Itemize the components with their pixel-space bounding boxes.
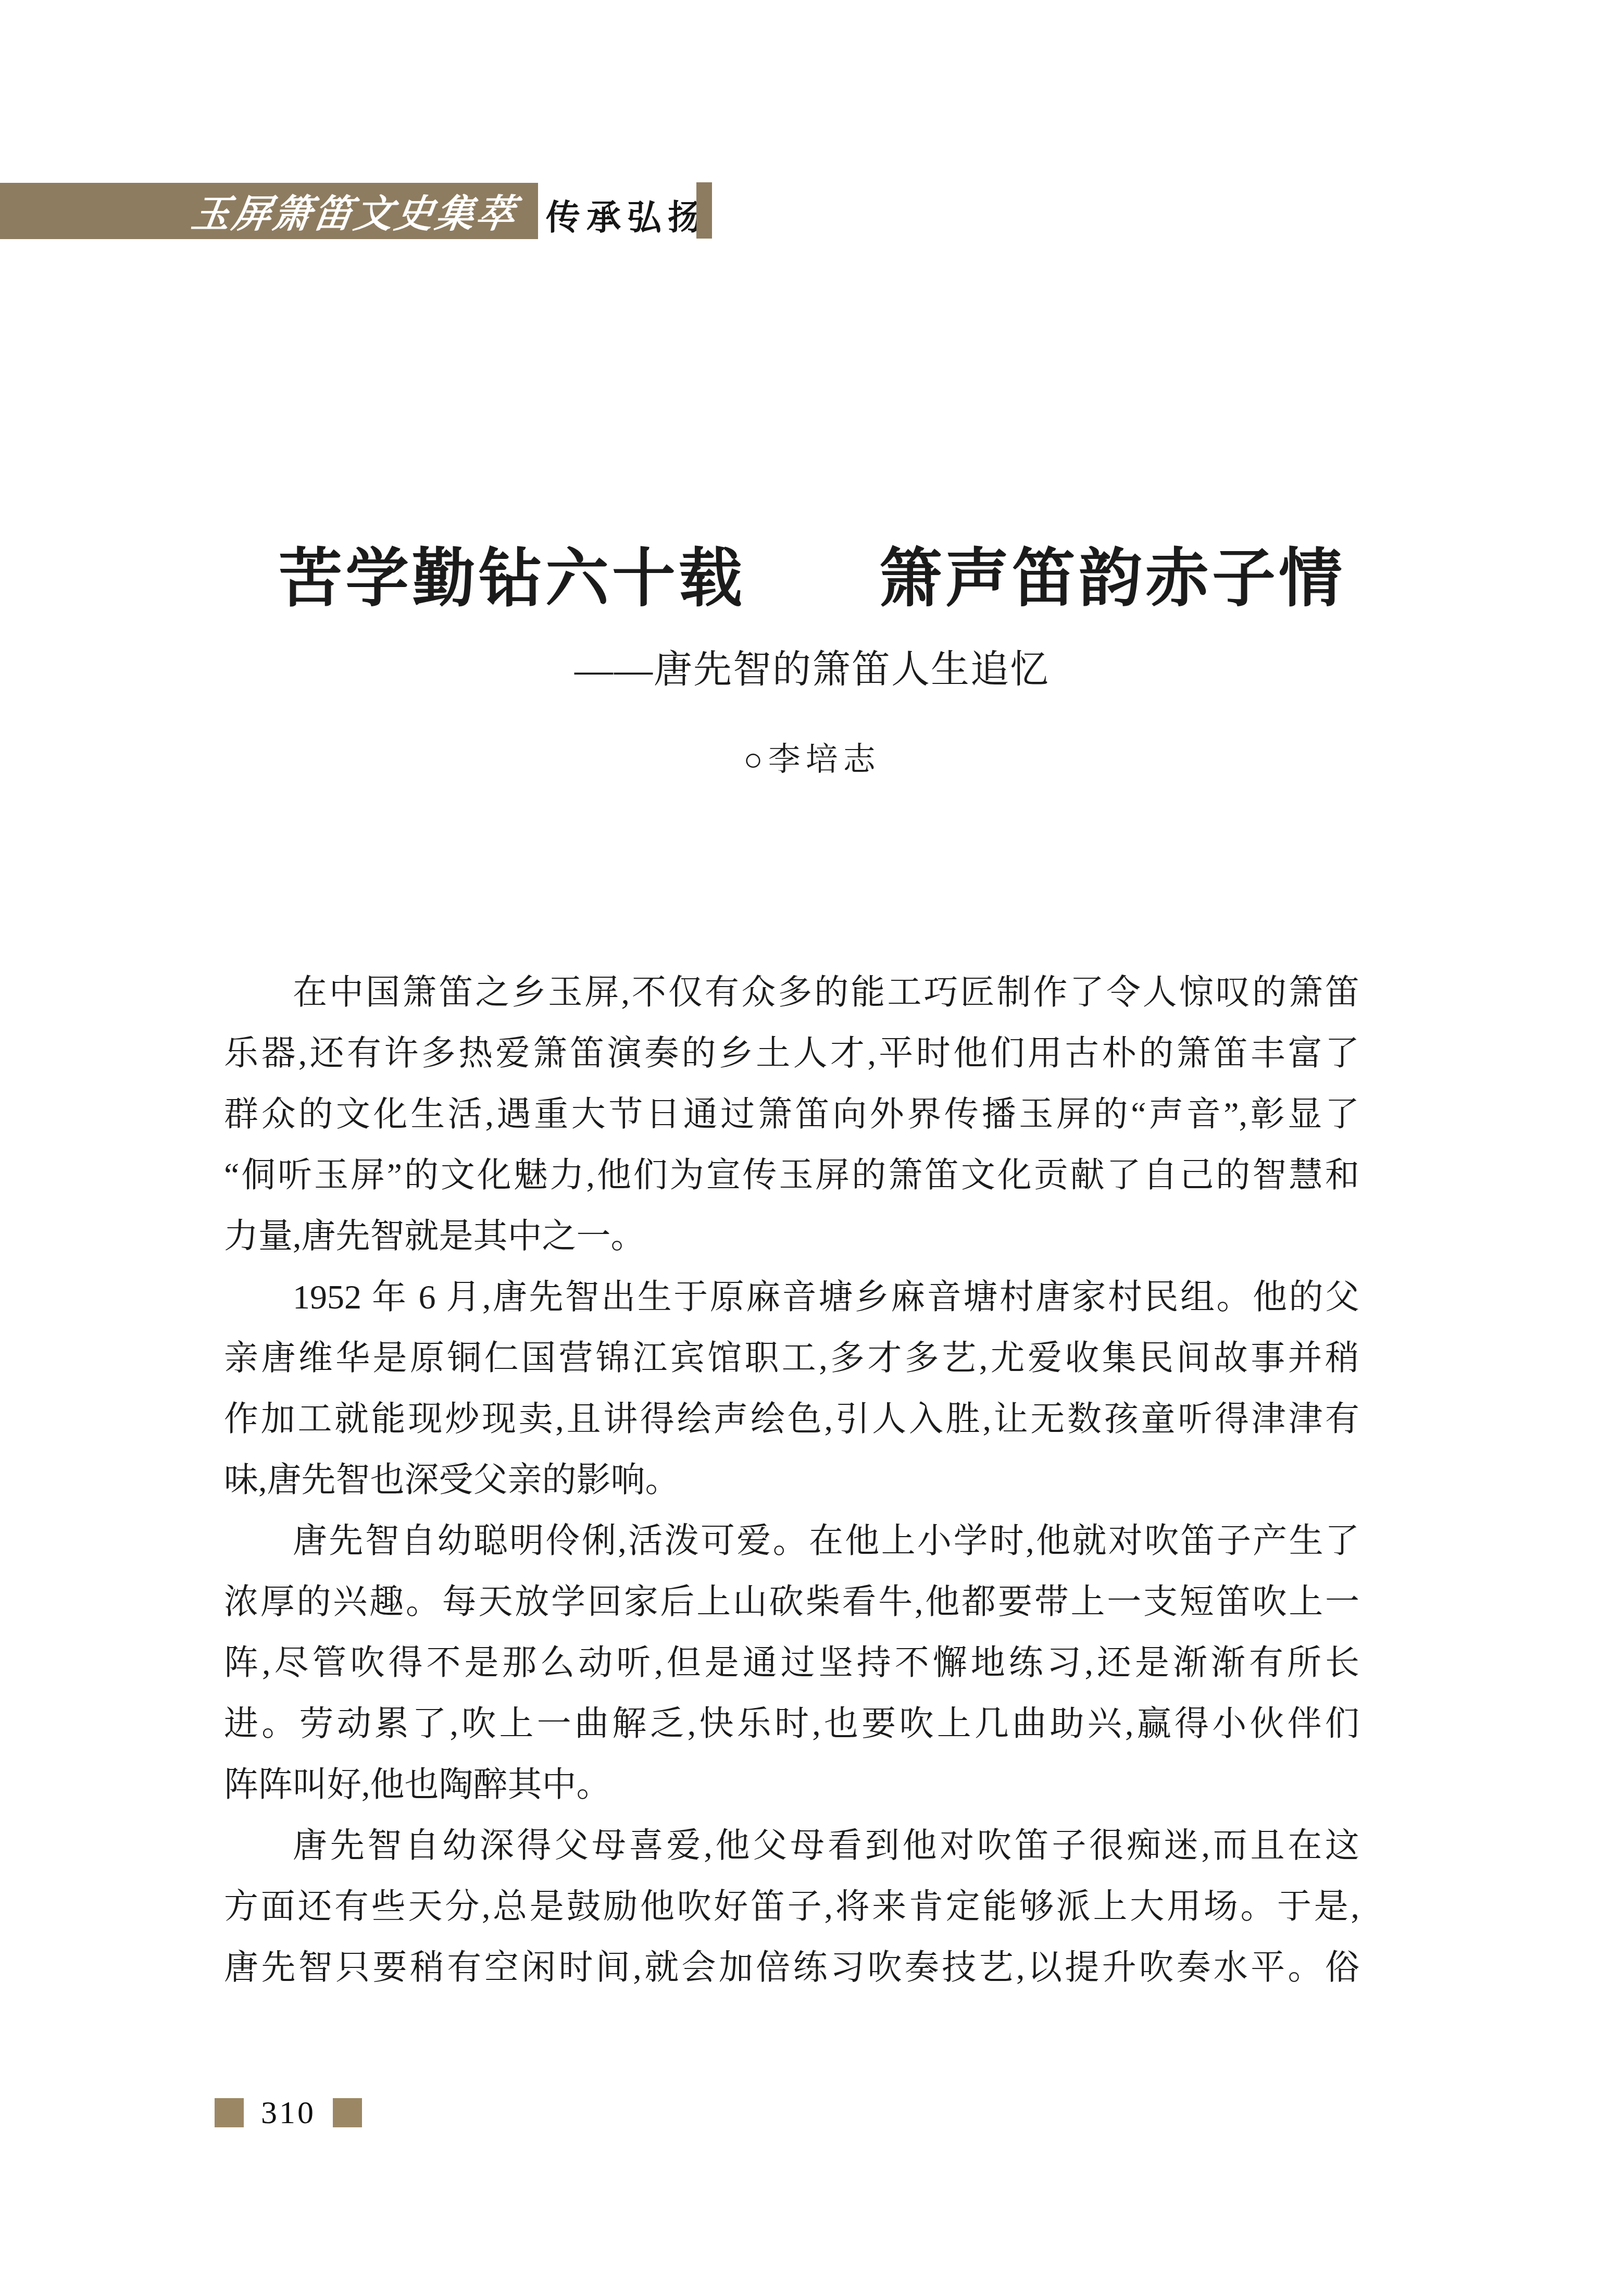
article-title: 苦学勤钻六十载 箫声笛韵赤子情 bbox=[0, 527, 1624, 618]
article-subtitle: ——唐先智的箫笛人生追忆 bbox=[0, 639, 1624, 694]
body-line: 方面还有些天分,总是鼓励他吹好笛子,将来肯定能够派上大用场。于是, bbox=[224, 1876, 1359, 1937]
series-logo-text: 玉屏箫笛文史集萃 bbox=[189, 183, 521, 239]
book-page: 玉屏箫笛文史集萃 传承弘扬 苦学勤钻六十载 箫声笛韵赤子情 ——唐先智的箫笛人生… bbox=[0, 0, 1624, 2269]
body-line: 阵阵叫好,他也陶醉其中。 bbox=[224, 1754, 1359, 1815]
body-line: 味,唐先智也深受父亲的影响。 bbox=[224, 1450, 1359, 1511]
body-line: “侗听玉屏”的文化魅力,他们为宣传玉屏的箫笛文化贡献了自己的智慧和 bbox=[224, 1145, 1359, 1206]
article-author: ○李培志 bbox=[0, 733, 1624, 780]
footer-marker-right bbox=[333, 2098, 362, 2127]
page-number: 310 bbox=[261, 2098, 316, 2127]
body-line: 乐器,还有许多热爱箫笛演奏的乡土人才,平时他们用古朴的箫笛丰富了 bbox=[224, 1023, 1359, 1084]
series-logo-band: 玉屏箫笛文史集萃 bbox=[0, 183, 538, 239]
section-label: 传承弘扬 bbox=[546, 190, 708, 239]
article-body: 在中国箫笛之乡玉屏,不仅有众多的能工巧匠制作了令人惊叹的箫笛 乐器,还有许多热爱… bbox=[224, 962, 1359, 1998]
page-footer: 310 bbox=[215, 2098, 362, 2127]
body-line: 唐先智只要稍有空闲时间,就会加倍练习吹奏技艺,以提升吹奏水平。俗 bbox=[224, 1937, 1359, 1998]
body-line: 1952 年 6 月,唐先智出生于原麻音塘乡麻音塘村唐家村民组。他的父 bbox=[224, 1267, 1359, 1328]
body-line: 群众的文化生活,遇重大节日通过箫笛向外界传播玉屏的“声音”,彰显了 bbox=[224, 1084, 1359, 1145]
body-line: 作加工就能现炒现卖,且讲得绘声绘色,引人入胜,让无数孩童听得津津有 bbox=[224, 1389, 1359, 1450]
body-line: 力量,唐先智就是其中之一。 bbox=[224, 1206, 1359, 1267]
body-line: 唐先智自幼深得父母喜爱,他父母看到他对吹笛子很痴迷,而且在这 bbox=[224, 1815, 1359, 1876]
footer-marker-left bbox=[215, 2098, 244, 2127]
body-line: 亲唐维华是原铜仁国营锦江宾馆职工,多才多艺,尤爱收集民间故事并稍 bbox=[224, 1328, 1359, 1389]
body-line: 唐先智自幼聪明伶俐,活泼可爱。在他上小学时,他就对吹笛子产生了 bbox=[224, 1511, 1359, 1572]
body-line: 阵,尽管吹得不是那么动听,但是通过坚持不懈地练习,还是渐渐有所长 bbox=[224, 1632, 1359, 1693]
body-line: 在中国箫笛之乡玉屏,不仅有众多的能工巧匠制作了令人惊叹的箫笛 bbox=[224, 962, 1359, 1023]
body-line: 进。劳动累了,吹上一曲解乏,快乐时,也要吹上几曲助兴,赢得小伙伴们 bbox=[224, 1693, 1359, 1754]
body-line: 浓厚的兴趣。每天放学回家后上山砍柴看牛,他都要带上一支短笛吹上一 bbox=[224, 1572, 1359, 1632]
header-accent-bar bbox=[696, 182, 712, 239]
